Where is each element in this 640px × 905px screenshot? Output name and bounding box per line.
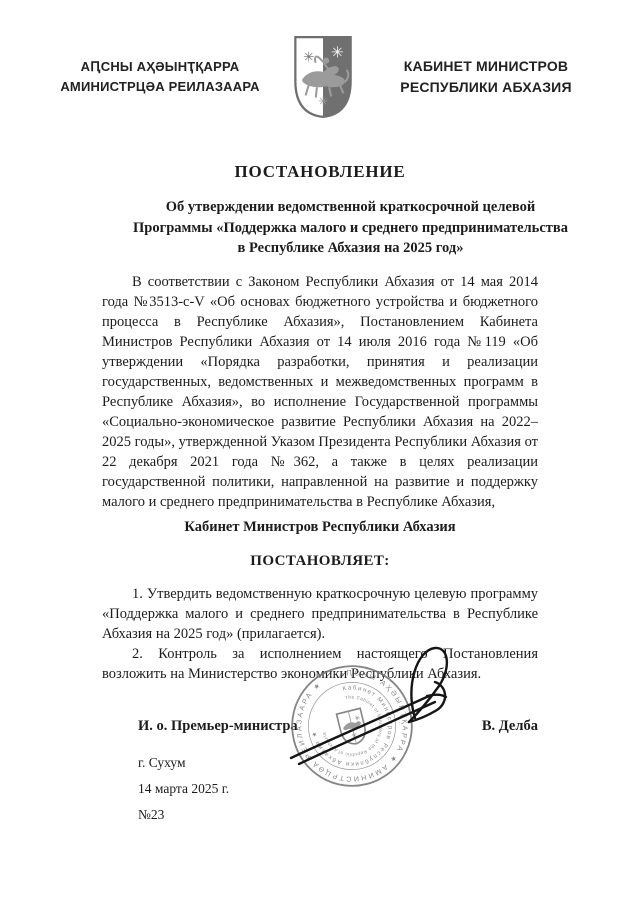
coat-of-arms-icon: ✳ ✳ ✳	[284, 34, 362, 120]
org-name-abkhazian-line2: АМИНИСТРЦӘА РЕИЛАЗААРА	[40, 77, 280, 97]
signer-name: В. Делба	[482, 718, 538, 735]
issue-meta: г. Сухум 14 марта 2025 г. №23	[102, 750, 538, 828]
subject-line: в Республике Абхазия на 2025 год»	[102, 238, 599, 259]
decree-document-page: АԤСНЫ АҲӘЫНҬҚАРРА АМИНИСТРЦӘА РЕИЛАЗААРА…	[0, 0, 640, 905]
letterhead: АԤСНЫ АҲӘЫНҬҚАРРА АМИНИСТРЦӘА РЕИЛАЗААРА…	[0, 0, 640, 120]
star-bottom-icon: ✳	[318, 95, 328, 109]
document-body: ПОСТАНОВЛЕНИЕ Об утверждении ведомственн…	[0, 162, 640, 828]
resolves-heading: ПОСТАНОВЛЯЕТ:	[102, 553, 538, 570]
star-left-icon: ✳	[303, 50, 314, 65]
authority-line: Кабинет Министров Республики Абхазия	[102, 519, 538, 536]
decree-item-2: 2. Контроль за исполнением настоящего По…	[102, 644, 538, 684]
org-name-russian: КАБИНЕТ МИНИСТРОВ РЕСПУБЛИКИ АБХАЗИЯ	[366, 56, 606, 98]
subject-line: Программы «Поддержка малого и среднего п…	[102, 218, 599, 239]
subject-line: Об утверждении ведомственной краткосрочн…	[102, 197, 599, 218]
issue-date: 14 марта 2025 г.	[138, 776, 538, 802]
document-subject: Об утверждении ведомственной краткосрочн…	[102, 197, 599, 259]
issue-number: №23	[138, 802, 538, 828]
star-right-icon: ✳	[331, 45, 344, 62]
preamble-paragraph: В соответствии с Законом Республики Абха…	[102, 272, 538, 512]
document-title: ПОСТАНОВЛЕНИЕ	[102, 162, 538, 182]
org-name-abkhazian-line1: АԤСНЫ АҲӘЫНҬҚАРРА	[40, 57, 280, 77]
decree-item-1: 1. Утвердить ведомственную краткосрочную…	[102, 584, 538, 644]
org-name-abkhazian: АԤСНЫ АҲӘЫНҬҚАРРА АМИНИСТРЦӘА РЕИЛАЗААРА	[40, 57, 280, 97]
signature-row: И. о. Премьер-министра В. Делба	[102, 718, 538, 735]
issue-place: г. Сухум	[138, 750, 538, 776]
coat-of-arms-svg: ✳ ✳ ✳	[292, 34, 354, 120]
org-name-russian-line2: РЕСПУБЛИКИ АБХАЗИЯ	[366, 77, 606, 98]
org-name-russian-line1: КАБИНЕТ МИНИСТРОВ	[366, 56, 606, 77]
signer-position: И. о. Премьер-министра	[138, 718, 298, 735]
